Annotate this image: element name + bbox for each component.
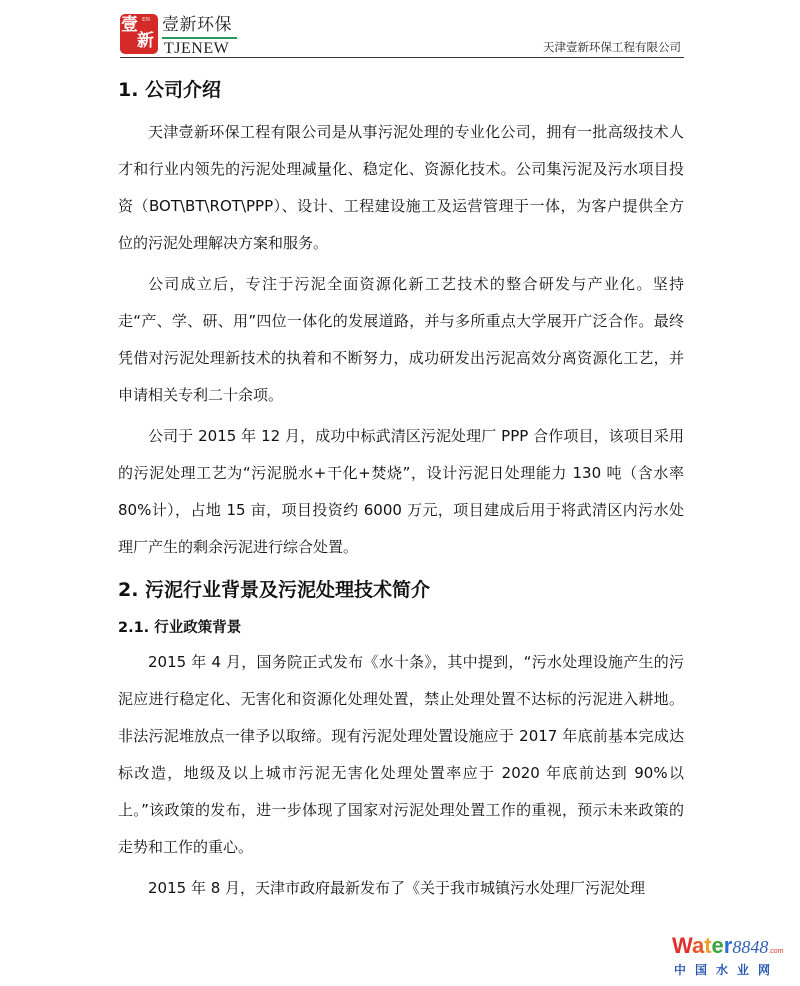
paragraph: 天津壹新环保工程有限公司是从事污泥处理的专业化公司，拥有一批高级技术人才和行业内… [118, 114, 684, 262]
paragraph: 公司成立后，专注于污泥全面资源化新工艺技术的整合研发与产业化。坚持走“产、学、研… [118, 266, 684, 414]
header-divider [120, 57, 684, 58]
watermark-suffix: .com [768, 948, 783, 955]
company-logo-icon: 壹 EN 新 [120, 14, 158, 54]
logo-glyph-1: 壹 [121, 17, 138, 34]
brand-name-en: TJENEW [164, 40, 229, 58]
watermark-letter: W [672, 933, 692, 958]
header-company-name: 天津壹新环保工程有限公司 [543, 40, 681, 54]
section-heading-2: 2. 污泥行业背景及污泥处理技术简介 [118, 578, 684, 602]
brand-underline [162, 37, 237, 39]
watermark-letter: t [704, 933, 711, 958]
paragraph: 2015 年 8 月，天津市政府最新发布了《关于我市城镇污水处理厂污泥处理 [118, 870, 684, 907]
watermark-logo: Water8848.com [672, 934, 784, 958]
subsection-heading-2-1: 2.1. 行业政策背景 [118, 618, 684, 638]
section-heading-1: 1. 公司介绍 [118, 78, 684, 102]
watermark-letter: e [712, 933, 724, 958]
logo-tag: EN [142, 17, 150, 23]
document-page: 壹 EN 新 壹新环保 TJENEW 天津壹新环保工程有限公司 1. 公司介绍 … [0, 0, 800, 986]
brand-name-cn: 壹新环保 [162, 15, 232, 35]
watermark-number: 8848 [732, 937, 768, 957]
document-body: 1. 公司介绍 天津壹新环保工程有限公司是从事污泥处理的专业化公司，拥有一批高级… [118, 78, 684, 907]
watermark-letter: a [692, 933, 704, 958]
watermark-water8848: Water8848.com 中国水业网 [672, 934, 800, 986]
paragraph: 2015 年 4 月，国务院正式发布《水十条》，其中提到，“污水处理设施产生的污… [118, 644, 684, 866]
paragraph: 公司于 2015 年 12 月，成功中标武清区污泥处理厂 PPP 合作项目，该项… [118, 418, 684, 566]
logo-glyph-2: 新 [137, 33, 154, 50]
page-header: 壹 EN 新 壹新环保 TJENEW 天津壹新环保工程有限公司 [118, 10, 684, 60]
watermark-tagline: 中国水业网 [674, 961, 779, 978]
